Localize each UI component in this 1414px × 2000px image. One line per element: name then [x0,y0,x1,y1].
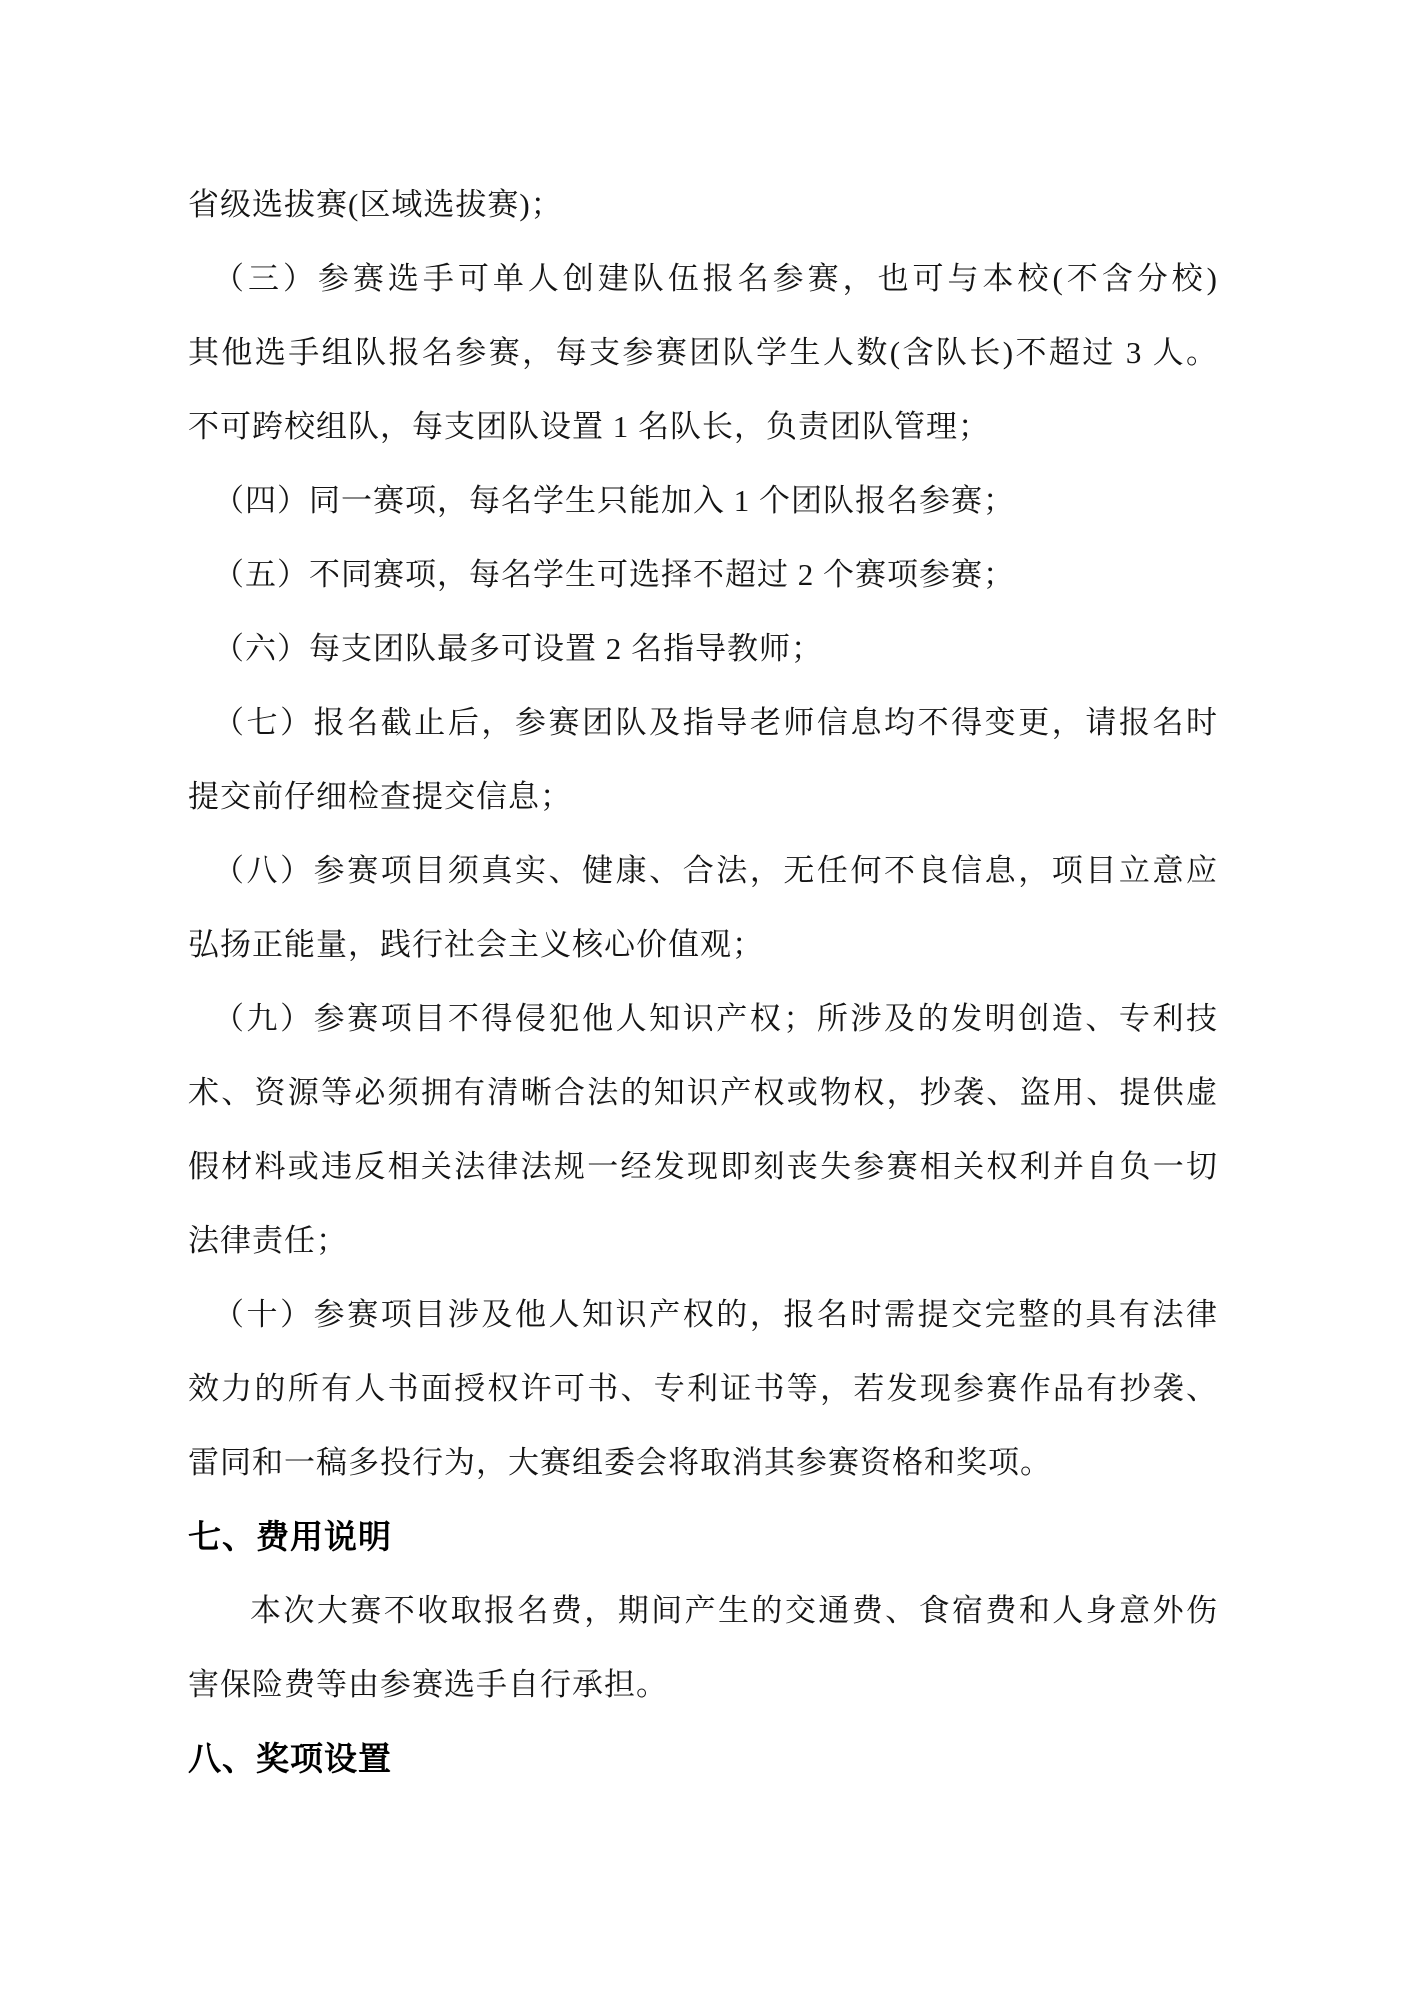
doc-line: 不可跨校组队，每支团队设置 1 名队长，负责团队管理； [188,390,1218,464]
section-heading-awards: 八、奖项设置 [188,1722,1218,1796]
doc-line-item-10: （十）参赛项目涉及他人知识产权的，报名时需提交完整的具有法律 [188,1278,1218,1352]
doc-line: 雷同和一稿多投行为，大赛组委会将取消其参赛资格和奖项。 [188,1426,1218,1500]
doc-line-item-7: （七）报名截止后，参赛团队及指导老师信息均不得变更，请报名时 [188,686,1218,760]
doc-line: 其他选手组队报名参赛，每支参赛团队学生人数(含队长)不超过 3 人。 [188,316,1218,390]
doc-line: 本次大赛不收取报名费，期间产生的交通费、食宿费和人身意外伤 [188,1574,1218,1648]
section-heading-fees: 七、费用说明 [188,1500,1218,1574]
doc-line: 法律责任； [188,1204,1218,1278]
doc-line: 假材料或违反相关法律法规一经发现即刻丧失参赛相关权利并自负一切 [188,1130,1218,1204]
doc-line: 术、资源等必须拥有清晰合法的知识产权或物权，抄袭、盗用、提供虚 [188,1056,1218,1130]
doc-line: 省级选拔赛(区域选拔赛)； [188,168,1218,242]
doc-line-item-6: （六）每支团队最多可设置 2 名指导教师； [188,612,1218,686]
doc-line: 弘扬正能量，践行社会主义核心价值观； [188,908,1218,982]
doc-line-item-8: （八）参赛项目须真实、健康、合法，无任何不良信息，项目立意应 [188,834,1218,908]
document-page: 省级选拔赛(区域选拔赛)； （三）参赛选手可单人创建队伍报名参赛，也可与本校(不… [0,0,1414,2000]
doc-line: 效力的所有人书面授权许可书、专利证书等，若发现参赛作品有抄袭、 [188,1352,1218,1426]
doc-line-item-4: （四）同一赛项，每名学生只能加入 1 个团队报名参赛； [188,464,1218,538]
doc-line-item-5: （五）不同赛项，每名学生可选择不超过 2 个赛项参赛； [188,538,1218,612]
doc-line-item-9: （九）参赛项目不得侵犯他人知识产权；所涉及的发明创造、专利技 [188,982,1218,1056]
doc-line-item-3: （三）参赛选手可单人创建队伍报名参赛，也可与本校(不含分校) [188,242,1218,316]
document-text-block: 省级选拔赛(区域选拔赛)； （三）参赛选手可单人创建队伍报名参赛，也可与本校(不… [188,168,1218,1796]
doc-line: 害保险费等由参赛选手自行承担。 [188,1648,1218,1722]
doc-line: 提交前仔细检查提交信息； [188,760,1218,834]
